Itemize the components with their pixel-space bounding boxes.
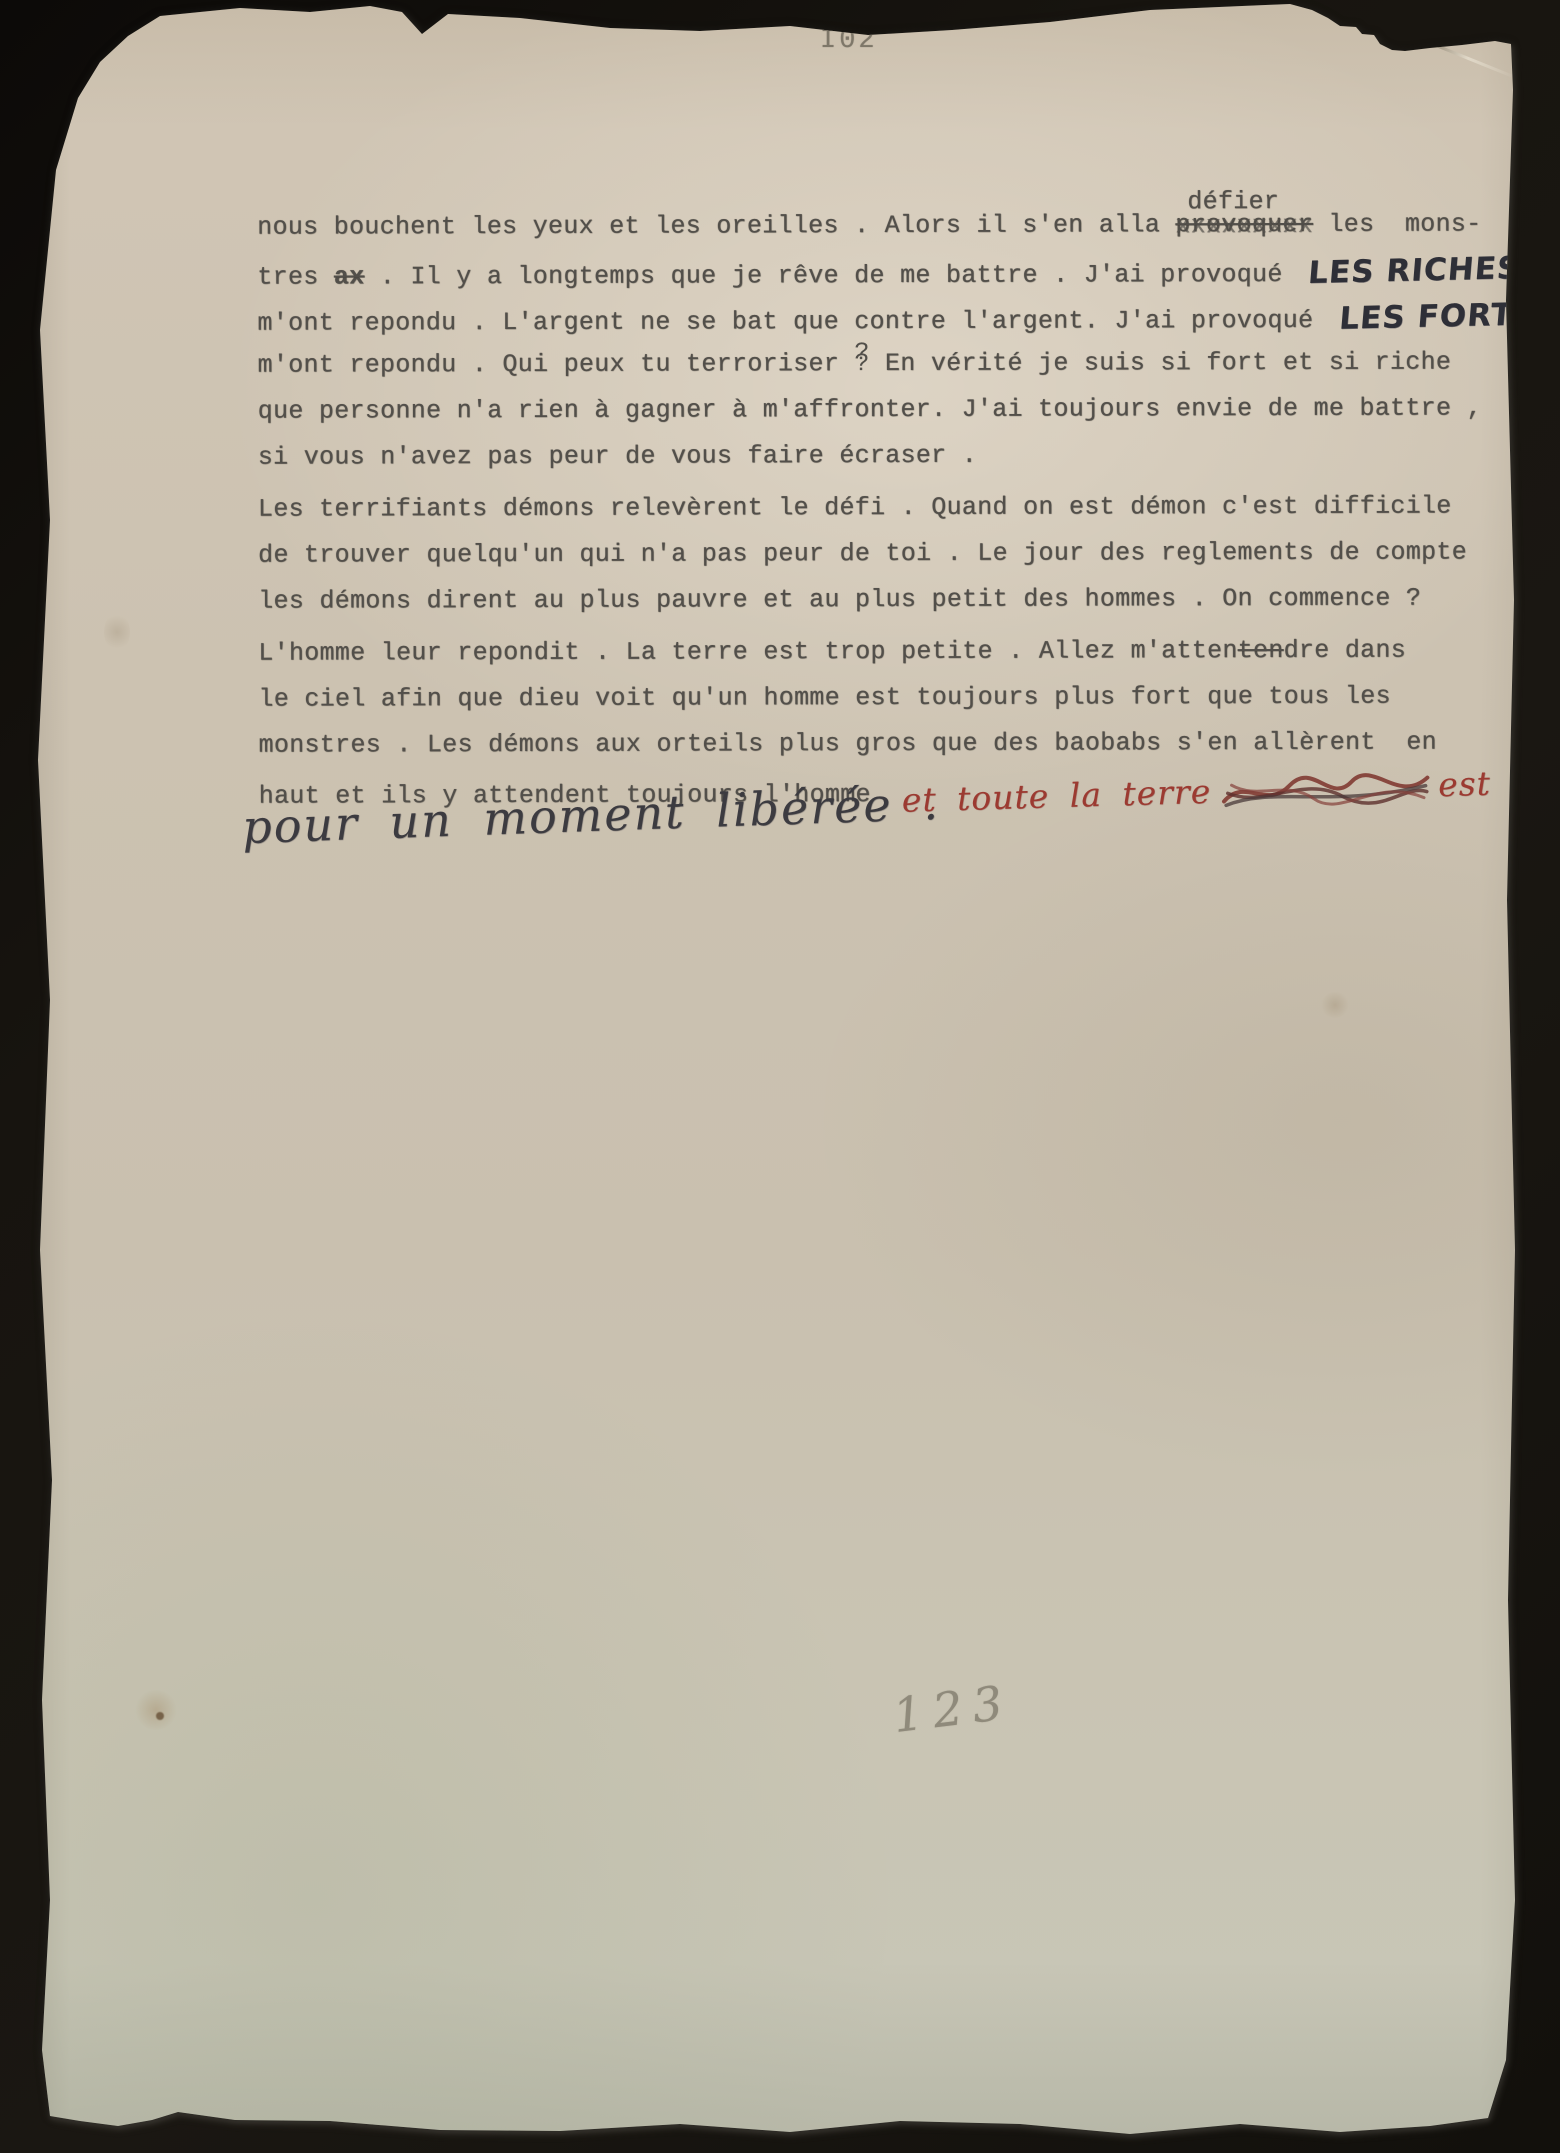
typed-line-9: les démons dirent au plus pauvre et au p… [258,575,1537,624]
typed-line-12: monstres . Les démons aux orteils plus g… [259,719,1538,768]
typed-text: nous bouchent les yeux et les oreilles .… [257,210,1175,241]
overstruck-question-mark: ? [854,349,869,378]
page-number: I02 [820,26,878,56]
typed-text: les mons- [1313,209,1481,238]
typed-text: m'ont repondu . Qui peux tu terroriser [258,349,855,380]
red-phrase: est [1438,764,1492,805]
typed-line-1: nous bouchent les yeux et les oreilles .… [257,201,1536,250]
paper-stain [1320,992,1350,1018]
typed-line-8: de trouver quelqu'un qui n'a pas peur de… [258,529,1537,578]
struck-letters: ten [1238,636,1284,665]
paper-speck [156,1712,164,1720]
document-page: I02 nous bouchent les yeux et les oreill… [0,0,1560,2153]
typed-line-7: Les terrifiants démons relevèrent le déf… [258,483,1537,532]
typed-text: m'ont repondu . L'argent ne se bat que c… [257,306,1313,338]
typed-text: . Il y a longtemps que je rêve de me bat… [364,260,1282,291]
typed-text: tres [257,262,334,291]
photo-background: I02 nous bouchent les yeux et les oreill… [0,0,1560,2153]
typed-line-11: le ciel afin que dieu voit qu'un homme e… [258,673,1537,722]
handwritten-caps-les-riches: LES RICHES [1307,245,1523,296]
paper-stain [104,612,130,652]
typed-text: L'homme leur repondit . La terre est tro… [258,636,1237,668]
overstrike-x-chars: xxxxxxxxx [1175,203,1313,249]
typed-line-10: L'homme leur repondit . La terre est tro… [258,627,1537,676]
scribbled-out-word-icon [1217,765,1433,815]
red-phrase: et toute la terre [902,772,1213,820]
typed-text-block: nous bouchent les yeux et les oreilles .… [257,201,1537,814]
handwritten-red-insertion: et toute la terreest [902,761,1492,825]
typed-correction: défierprovoquerxxxxxxxxx [1175,202,1313,248]
typed-text: dre dans [1284,636,1406,665]
pencil-page-number: 123 [890,1675,1016,1744]
paper-stain [134,1690,178,1730]
corner-crease [1396,28,1516,79]
struck-word: ax [334,262,365,291]
typed-line-6: si vous n'avez pas peur de vous faire éc… [258,431,1537,480]
handwritten-caps-les-forts: LES FORTS [1337,291,1538,342]
typed-line-4: m'ont repondu . Qui peux tu terroriser ?… [258,339,1537,388]
typed-line-2: tres ax . Il y a longtemps que je rêve d… [257,247,1536,296]
typed-line-5: que personne n'a rien à gagner à m'affro… [258,385,1537,434]
typed-text: En vérité je suis si fort et si riche [870,348,1452,379]
paper-shadow: I02 nous bouchent les yeux et les oreill… [0,0,1560,2153]
typed-line-3: m'ont repondu . L'argent ne se bat que c… [257,293,1536,342]
